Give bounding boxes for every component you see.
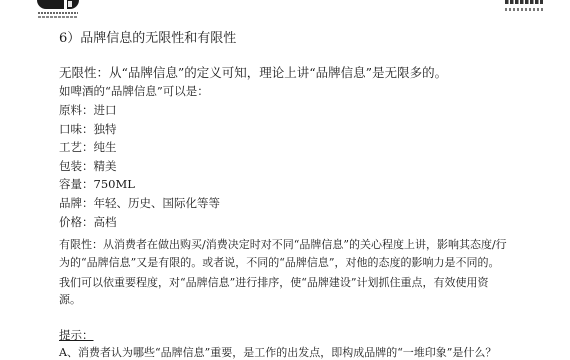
finite-paragraph-line-3: 我们可以依重要程度，对“品牌信息”进行排序，使“品牌建设”计划抓住重点，有效使用… [59,276,489,290]
cb-logo-caption-cn [38,12,78,14]
cb-logo [37,0,81,18]
example-item-material: 原料：进口 [59,103,117,117]
example-item-taste: 口味：独特 [59,122,117,136]
brewery-logo-wordmark [505,0,543,4]
cb-logo-inner [68,1,72,7]
example-item-process: 工艺：纯生 [59,140,117,154]
brewery-logo-slogan [505,8,543,11]
cb-logo-caption-en [38,16,78,18]
hint-item-a: A、消费者认为哪些“品牌信息”重要，是工作的出发点，即构成品牌的“一堆印象”是什… [59,346,496,360]
brewery-logo [505,0,545,14]
infinite-definition: 无限性：从“品牌信息”的定义可知，理论上讲“品牌信息”是无限多的。 [59,66,447,80]
infinite-example-intro: 如啤酒的“品牌信息”可以是： [59,84,209,98]
example-item-volume: 容量：750ML [59,177,135,191]
section-title: 6）品牌信息的无限性和有限性 [59,32,236,46]
example-item-brand: 品牌：年轻、历史、国际化等等 [59,196,220,210]
example-item-price: 价格：高档 [59,215,117,229]
cb-logo-mark [37,0,79,9]
finite-paragraph-line-1: 有限性：从消费者在做出购买/消费决定时对不同“品牌信息”的关心程度上讲，影响其态… [59,238,507,252]
hint-label: 提示： [59,328,94,342]
example-item-packaging: 包装：精美 [59,159,117,173]
cb-logo-gap [64,0,67,9]
finite-paragraph-line-2: 为的“品牌信息”又是有限的。或者说，不同的“品牌信息”，对他的态度的影响力是不同… [59,256,500,270]
finite-paragraph-line-4: 源。 [59,293,81,307]
